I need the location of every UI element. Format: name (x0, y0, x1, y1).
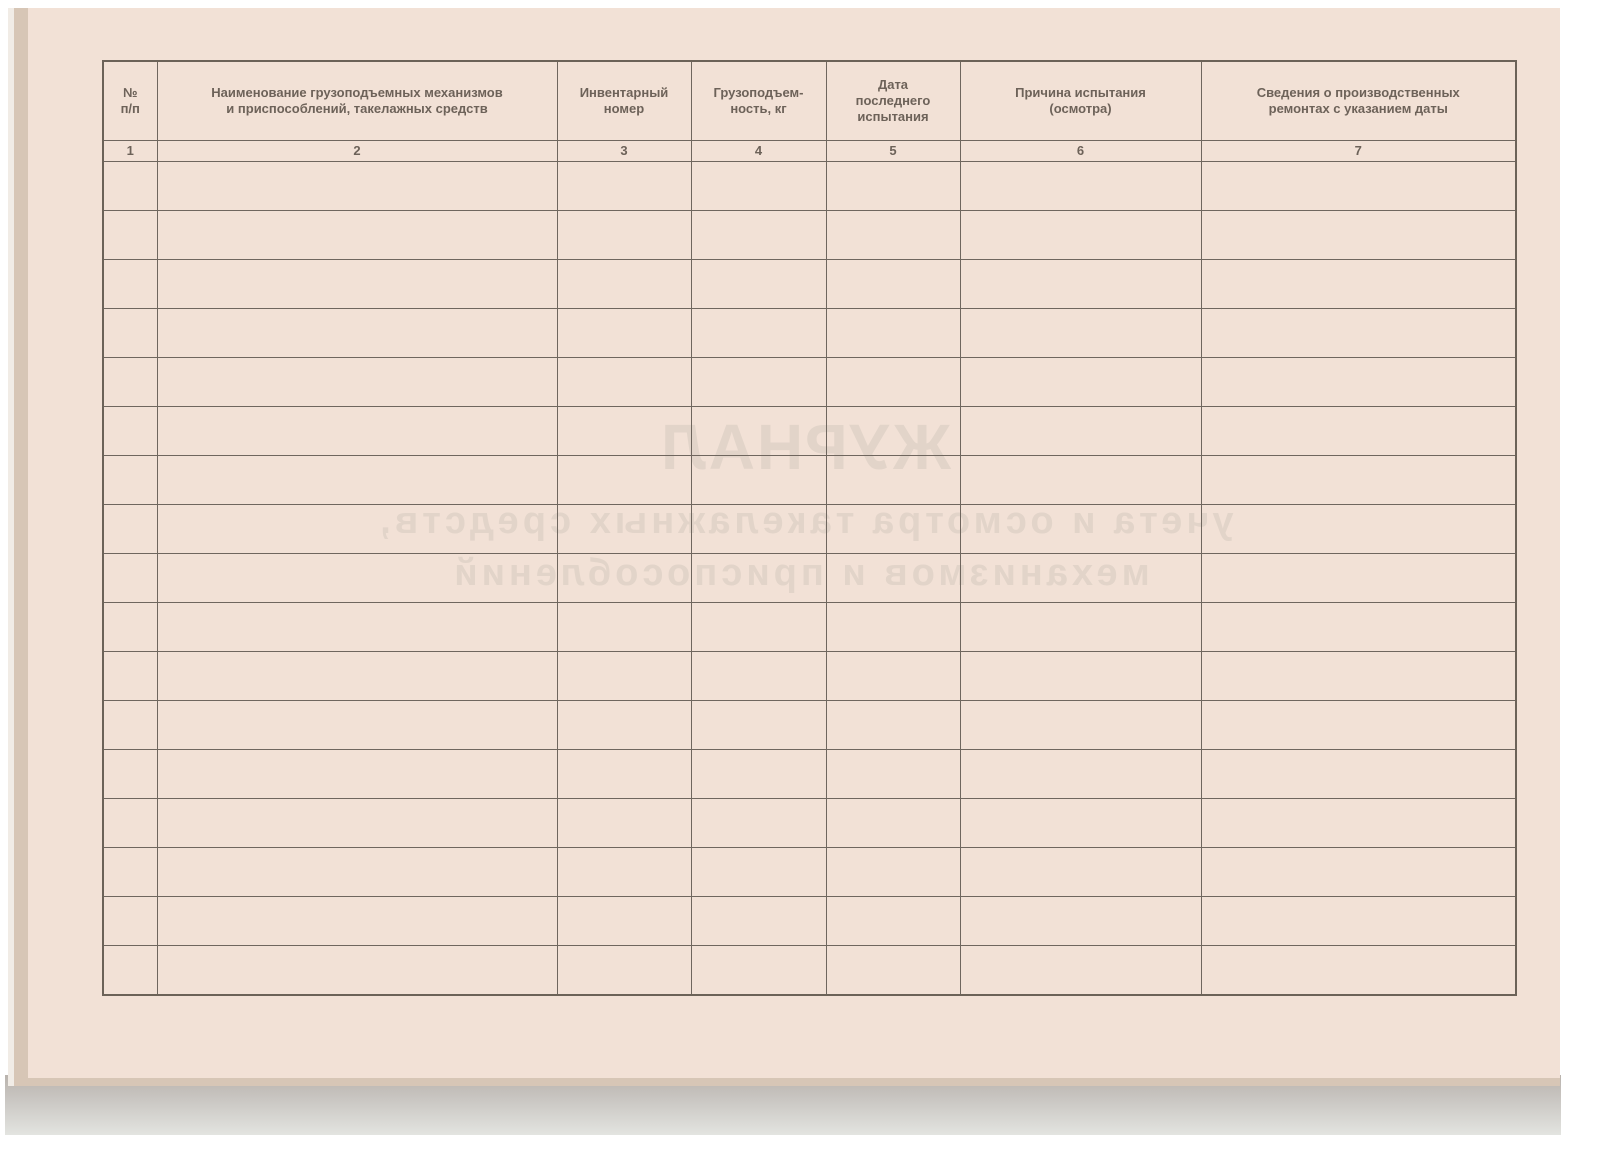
header-col-name: Наименование грузоподъемных механизмов и… (157, 61, 557, 141)
empty-cell-col-test-reason[interactable] (960, 897, 1201, 946)
empty-cell-col-repairs[interactable] (1201, 358, 1516, 407)
empty-cell-col-number[interactable] (103, 505, 157, 554)
empty-cell-col-last-test-date[interactable] (826, 162, 960, 211)
header-col-last-test-date: Дата последнего испытания (826, 61, 960, 141)
column-index-4: 4 (691, 141, 826, 162)
empty-cell-col-name[interactable] (157, 554, 557, 603)
empty-cell-col-repairs[interactable] (1201, 897, 1516, 946)
empty-cell-col-test-reason[interactable] (960, 554, 1201, 603)
empty-cell-col-test-reason[interactable] (960, 260, 1201, 309)
empty-cell-col-capacity[interactable] (691, 897, 826, 946)
empty-cell-col-name[interactable] (157, 309, 557, 358)
column-index-5: 5 (826, 141, 960, 162)
empty-cell-col-last-test-date[interactable] (826, 946, 960, 996)
empty-cell-col-name[interactable] (157, 897, 557, 946)
empty-cell-col-test-reason[interactable] (960, 505, 1201, 554)
table-body (103, 162, 1516, 996)
empty-cell-col-capacity[interactable] (691, 701, 826, 750)
empty-cell-col-inventory[interactable] (557, 358, 691, 407)
table-row (103, 505, 1516, 554)
table-row (103, 309, 1516, 358)
empty-cell-col-last-test-date[interactable] (826, 211, 960, 260)
empty-cell-col-name[interactable] (157, 946, 557, 996)
empty-cell-col-test-reason[interactable] (960, 358, 1201, 407)
empty-cell-col-repairs[interactable] (1201, 407, 1516, 456)
header-col-number: № п/п (103, 61, 157, 141)
empty-cell-col-last-test-date[interactable] (826, 554, 960, 603)
empty-cell-col-last-test-date[interactable] (826, 505, 960, 554)
empty-cell-col-last-test-date[interactable] (826, 407, 960, 456)
empty-cell-col-repairs[interactable] (1201, 750, 1516, 799)
table-row (103, 162, 1516, 211)
empty-cell-col-inventory[interactable] (557, 456, 691, 505)
empty-cell-col-last-test-date[interactable] (826, 701, 960, 750)
empty-cell-col-capacity[interactable] (691, 946, 826, 996)
empty-cell-col-inventory[interactable] (557, 897, 691, 946)
empty-cell-col-capacity[interactable] (691, 407, 826, 456)
empty-cell-col-test-reason[interactable] (960, 162, 1201, 211)
empty-cell-col-repairs[interactable] (1201, 211, 1516, 260)
empty-cell-col-capacity[interactable] (691, 750, 826, 799)
empty-cell-col-capacity[interactable] (691, 505, 826, 554)
empty-cell-col-inventory[interactable] (557, 799, 691, 848)
column-index-6: 6 (960, 141, 1201, 162)
empty-cell-col-inventory[interactable] (557, 162, 691, 211)
empty-cell-col-inventory[interactable] (557, 554, 691, 603)
empty-cell-col-name[interactable] (157, 407, 557, 456)
empty-cell-col-number[interactable] (103, 897, 157, 946)
empty-cell-col-repairs[interactable] (1201, 309, 1516, 358)
empty-cell-col-repairs[interactable] (1201, 505, 1516, 554)
empty-cell-col-number[interactable] (103, 211, 157, 260)
empty-cell-col-number[interactable] (103, 162, 157, 211)
table-row (103, 946, 1516, 996)
empty-cell-col-last-test-date[interactable] (826, 260, 960, 309)
empty-cell-col-name[interactable] (157, 211, 557, 260)
empty-cell-col-inventory[interactable] (557, 309, 691, 358)
empty-cell-col-repairs[interactable] (1201, 701, 1516, 750)
empty-cell-col-capacity[interactable] (691, 603, 826, 652)
empty-cell-col-inventory[interactable] (557, 260, 691, 309)
table-row (103, 456, 1516, 505)
empty-cell-col-repairs[interactable] (1201, 799, 1516, 848)
empty-cell-col-name[interactable] (157, 603, 557, 652)
empty-cell-col-test-reason[interactable] (960, 211, 1201, 260)
column-index-1: 1 (103, 141, 157, 162)
empty-cell-col-capacity[interactable] (691, 211, 826, 260)
empty-cell-col-capacity[interactable] (691, 260, 826, 309)
empty-cell-col-number[interactable] (103, 848, 157, 897)
table-row (103, 603, 1516, 652)
table-row (103, 260, 1516, 309)
empty-cell-col-repairs[interactable] (1201, 456, 1516, 505)
table-row (103, 407, 1516, 456)
empty-cell-col-last-test-date[interactable] (826, 799, 960, 848)
empty-cell-col-test-reason[interactable] (960, 652, 1201, 701)
empty-cell-col-capacity[interactable] (691, 554, 826, 603)
empty-cell-col-number[interactable] (103, 456, 157, 505)
table-row (103, 211, 1516, 260)
header-col-repairs: Сведения о производственных ремонтах с у… (1201, 61, 1516, 141)
empty-cell-col-inventory[interactable] (557, 652, 691, 701)
empty-cell-col-number[interactable] (103, 799, 157, 848)
empty-cell-col-name[interactable] (157, 260, 557, 309)
table-row (103, 652, 1516, 701)
empty-cell-col-test-reason[interactable] (960, 701, 1201, 750)
header-col-capacity: Грузоподъем- ность, кг (691, 61, 826, 141)
empty-cell-col-name[interactable] (157, 799, 557, 848)
empty-cell-col-number[interactable] (103, 652, 157, 701)
empty-cell-col-last-test-date[interactable] (826, 456, 960, 505)
column-index-7: 7 (1201, 141, 1516, 162)
empty-cell-col-number[interactable] (103, 358, 157, 407)
equipment-log-table: № п/пНаименование грузоподъемных механиз… (102, 60, 1517, 996)
column-index-2: 2 (157, 141, 557, 162)
empty-cell-col-number[interactable] (103, 701, 157, 750)
empty-cell-col-inventory[interactable] (557, 750, 691, 799)
empty-cell-col-capacity[interactable] (691, 358, 826, 407)
empty-cell-col-capacity[interactable] (691, 652, 826, 701)
empty-cell-col-test-reason[interactable] (960, 456, 1201, 505)
empty-cell-col-repairs[interactable] (1201, 162, 1516, 211)
empty-cell-col-capacity[interactable] (691, 162, 826, 211)
empty-cell-col-number[interactable] (103, 309, 157, 358)
table-row (103, 701, 1516, 750)
empty-cell-col-inventory[interactable] (557, 407, 691, 456)
empty-cell-col-inventory[interactable] (557, 701, 691, 750)
empty-cell-col-test-reason[interactable] (960, 407, 1201, 456)
empty-cell-col-name[interactable] (157, 456, 557, 505)
empty-cell-col-last-test-date[interactable] (826, 897, 960, 946)
empty-cell-col-inventory[interactable] (557, 946, 691, 996)
empty-cell-col-test-reason[interactable] (960, 309, 1201, 358)
empty-cell-col-test-reason[interactable] (960, 603, 1201, 652)
empty-cell-col-number[interactable] (103, 260, 157, 309)
empty-cell-col-number[interactable] (103, 407, 157, 456)
empty-cell-col-last-test-date[interactable] (826, 848, 960, 897)
empty-cell-col-name[interactable] (157, 652, 557, 701)
empty-cell-col-number[interactable] (103, 603, 157, 652)
header-col-inventory: Инвентарный номер (557, 61, 691, 141)
header-row: № п/пНаименование грузоподъемных механиз… (103, 61, 1516, 141)
empty-cell-col-number[interactable] (103, 554, 157, 603)
empty-cell-col-capacity[interactable] (691, 799, 826, 848)
empty-cell-col-test-reason[interactable] (960, 799, 1201, 848)
empty-cell-col-name[interactable] (157, 750, 557, 799)
header-col-test-reason: Причина испытания (осмотра) (960, 61, 1201, 141)
table-row (103, 750, 1516, 799)
empty-cell-col-last-test-date[interactable] (826, 603, 960, 652)
empty-cell-col-repairs[interactable] (1201, 652, 1516, 701)
empty-cell-col-name[interactable] (157, 701, 557, 750)
empty-cell-col-repairs[interactable] (1201, 946, 1516, 996)
table-row (103, 897, 1516, 946)
empty-cell-col-capacity[interactable] (691, 456, 826, 505)
empty-cell-col-inventory[interactable] (557, 505, 691, 554)
empty-cell-col-repairs[interactable] (1201, 603, 1516, 652)
empty-cell-col-test-reason[interactable] (960, 946, 1201, 996)
empty-cell-col-name[interactable] (157, 848, 557, 897)
table-row (103, 799, 1516, 848)
empty-cell-col-last-test-date[interactable] (826, 750, 960, 799)
empty-cell-col-inventory[interactable] (557, 211, 691, 260)
empty-cell-col-inventory[interactable] (557, 603, 691, 652)
empty-cell-col-number[interactable] (103, 946, 157, 996)
empty-cell-col-last-test-date[interactable] (826, 358, 960, 407)
empty-cell-col-inventory[interactable] (557, 848, 691, 897)
column-number-row: 1234567 (103, 141, 1516, 162)
empty-cell-col-repairs[interactable] (1201, 260, 1516, 309)
empty-cell-col-last-test-date[interactable] (826, 309, 960, 358)
empty-cell-col-repairs[interactable] (1201, 554, 1516, 603)
table-row (103, 554, 1516, 603)
empty-cell-col-repairs[interactable] (1201, 848, 1516, 897)
empty-cell-col-name[interactable] (157, 505, 557, 554)
empty-cell-col-name[interactable] (157, 358, 557, 407)
empty-cell-col-last-test-date[interactable] (826, 652, 960, 701)
table-row (103, 358, 1516, 407)
empty-cell-col-capacity[interactable] (691, 309, 826, 358)
column-index-3: 3 (557, 141, 691, 162)
empty-cell-col-name[interactable] (157, 162, 557, 211)
empty-cell-col-test-reason[interactable] (960, 848, 1201, 897)
empty-cell-col-number[interactable] (103, 750, 157, 799)
empty-cell-col-capacity[interactable] (691, 848, 826, 897)
empty-cell-col-test-reason[interactable] (960, 750, 1201, 799)
table-row (103, 848, 1516, 897)
